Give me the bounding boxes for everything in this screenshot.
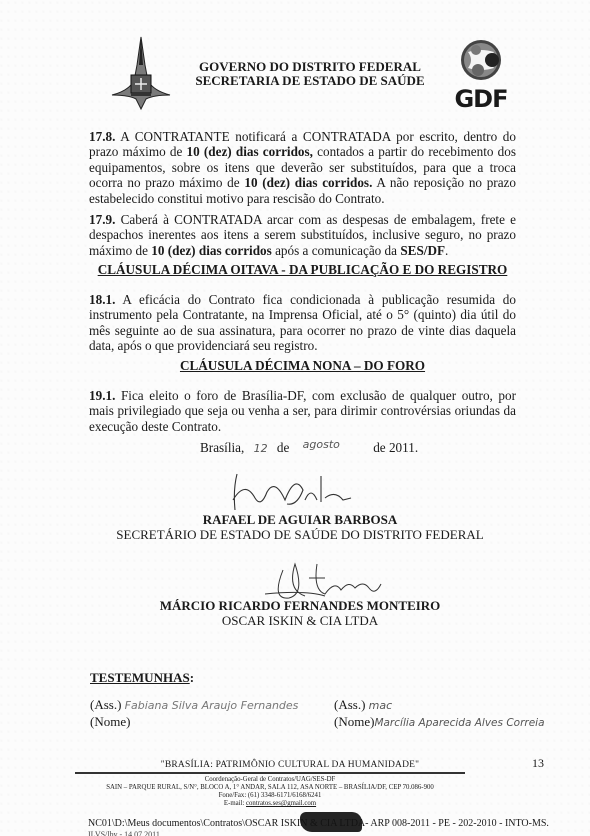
gdf-emblem-icon <box>450 38 512 82</box>
header-title: GOVERNO DO DISTRITO FEDERAL SECRETARIA D… <box>180 60 440 88</box>
paragraph-text: após a comunicação da <box>272 243 401 258</box>
witness-2-signature: mac <box>369 699 393 712</box>
gdf-logo-text: GDF <box>450 87 512 111</box>
footer-motto: "BRASÍLIA: PATRIMÔNIO CULTURAL DA HUMANI… <box>100 760 480 770</box>
date-year: de 2011. <box>373 440 418 455</box>
footer-email-link[interactable]: contratos.ses@gmail.com <box>246 800 316 807</box>
brasilia-coat-of-arms-icon <box>110 35 172 111</box>
nome-label: (Nome) <box>334 714 374 729</box>
header-line-1: GOVERNO DO DISTRITO FEDERAL <box>180 60 440 74</box>
signatory-1-name: RAFAEL DE AGUIAR BARBOSA <box>150 512 450 528</box>
clause-19-heading: CLÁUSULA DÉCIMA NONA – DO FORO <box>89 358 516 374</box>
date-day-handwritten: 12 <box>254 442 268 455</box>
paragraph-17-8: 17.8. A CONTRATANTE notificará a CONTRAT… <box>89 129 516 206</box>
document-page: GOVERNO DO DISTRITO FEDERAL SECRETARIA D… <box>0 0 590 836</box>
witness-1-signature: Fabiana Silva Araujo Fernandes <box>125 699 299 712</box>
signatory-2-company: OSCAR ISKIN & CIA LTDA <box>150 613 450 629</box>
paragraph-text: A eficácia do Contrato fica condicionada… <box>89 292 516 353</box>
footer-email-label: E-mail: <box>224 800 246 807</box>
gdf-logo: GDF <box>450 38 512 106</box>
bold-term: 10 (dez) dias corridos. <box>244 175 372 190</box>
paragraph-text: Fica eleito o foro de Brasília-DF, com e… <box>89 388 516 434</box>
date-month-handwritten: agosto <box>303 438 340 451</box>
paragraph-number: 18.1. <box>89 292 115 307</box>
footer-department: Coordenação-Geral de Contratos/UAG/SES-D… <box>75 776 465 784</box>
signature-marcio-monteiro <box>265 560 385 602</box>
redaction-mark <box>300 812 362 832</box>
paragraph-18-1: 18.1. A eficácia do Contrato fica condic… <box>89 292 516 354</box>
signatory-2-name: MÁRCIO RICARDO FERNANDES MONTEIRO <box>130 598 470 614</box>
footer-email-row: E-mail: contratos.ses@gmail.com <box>75 800 465 808</box>
ass-label: (Ass.) <box>90 697 121 712</box>
paragraph-number: 17.8. <box>89 129 115 144</box>
nome-label: (Nome) <box>90 714 130 729</box>
footer-divider <box>75 772 465 774</box>
clause-18-heading: CLÁUSULA DÉCIMA OITAVA - DA PUBLICAÇÃO E… <box>89 262 516 278</box>
page-number: 13 <box>532 756 544 771</box>
witness-1-name-row: (Nome) <box>90 714 130 730</box>
paragraph-number: 19.1. <box>89 388 115 403</box>
paragraph-17-9: 17.9. Caberá à CONTRATADA arcar com as d… <box>89 212 516 258</box>
footer-address: SAIN – PARQUE RURAL, S/N°, BLOCO A, 1° A… <box>75 784 465 792</box>
paragraph-text: . <box>445 243 448 258</box>
date-line: Brasília, 12 de agosto de 2011. <box>200 440 418 456</box>
signature-rafael-barbosa <box>225 470 355 512</box>
paragraph-number: 17.9. <box>89 212 115 227</box>
witness-2-name: Marcília Aparecida Alves Correia <box>374 717 544 729</box>
date-de: de <box>277 440 289 455</box>
bold-term: 10 (dez) dias corridos, <box>187 144 313 159</box>
bold-term: 10 (dez) dias corridos <box>151 243 272 258</box>
ass-label: (Ass.) <box>334 697 365 712</box>
date-city: Brasília, <box>200 440 244 455</box>
signatory-1-title: SECRETÁRIO DE ESTADO DE SAÚDE DO DISTRIT… <box>100 527 500 543</box>
witnesses-heading: TESTEMUNHAS: <box>90 670 194 686</box>
footer-phone: Fone/Fax: (61) 3348-6171/6168/6241 <box>75 792 465 800</box>
header-line-2: SECRETARIA DE ESTADO DE SAÚDE <box>180 74 440 88</box>
paragraph-19-1: 19.1. Fica eleito o foro de Brasília-DF,… <box>89 388 516 434</box>
witness-2-name-row: (Nome)Marcília Aparecida Alves Correia <box>334 714 545 730</box>
bold-term: SES/DF <box>400 243 445 258</box>
witnesses-heading-colon: : <box>190 670 194 685</box>
witness-2-signature-row: (Ass.) mac <box>334 697 392 713</box>
file-path-initials: ILVS/lbv - 14.07.2011 <box>88 830 160 836</box>
witnesses-heading-text: TESTEMUNHAS <box>90 670 190 685</box>
witness-1-signature-row: (Ass.) Fabiana Silva Araujo Fernandes <box>90 697 298 713</box>
